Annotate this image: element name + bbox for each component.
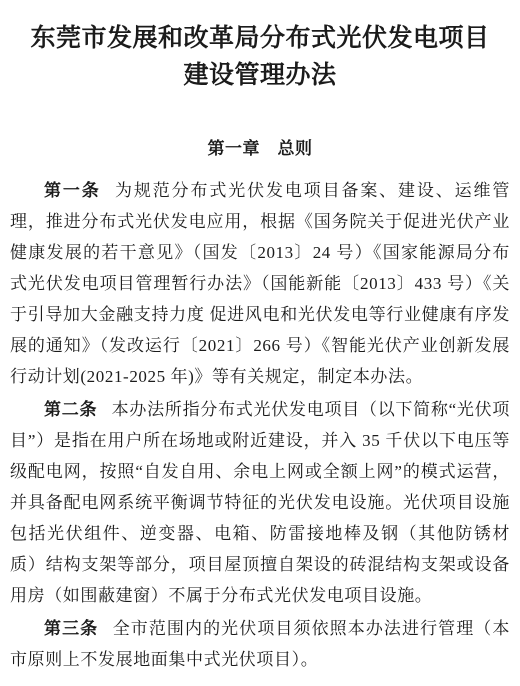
document-title-line1: 东莞市发展和改革局分布式光伏发电项目 xyxy=(30,25,489,52)
chapter-heading: 第一章 总则 xyxy=(10,134,510,159)
article-3-number: 第三条 xyxy=(44,619,98,638)
document-title: 东莞市发展和改革局分布式光伏发电项目 建设管理办法 xyxy=(10,20,510,94)
article-1-text: 为规范分布式光伏发电项目备案、建设、运维管理，推进分布式光伏发电应用，根据《国务… xyxy=(10,181,510,386)
article-3: 第三条全市范围内的光伏项目须依照本办法进行管理（本市原则上不发展地面集中式光伏项… xyxy=(10,613,510,675)
article-2-number: 第二条 xyxy=(44,400,97,419)
document-page: 东莞市发展和改革局分布式光伏发电项目 建设管理办法 第一章 总则 第一条为规范分… xyxy=(0,0,520,686)
article-2: 第二条本办法所指分布式光伏发电项目（以下简称“光伏项目”）是指在用户所在场地或附… xyxy=(10,394,510,611)
article-2-text: 本办法所指分布式光伏发电项目（以下简称“光伏项目”）是指在用户所在场地或附近建设… xyxy=(10,400,510,605)
document-title-line2: 建设管理办法 xyxy=(183,62,336,89)
article-1: 第一条为规范分布式光伏发电项目备案、建设、运维管理，推进分布式光伏发电应用，根据… xyxy=(10,175,510,392)
article-1-number: 第一条 xyxy=(44,181,101,200)
